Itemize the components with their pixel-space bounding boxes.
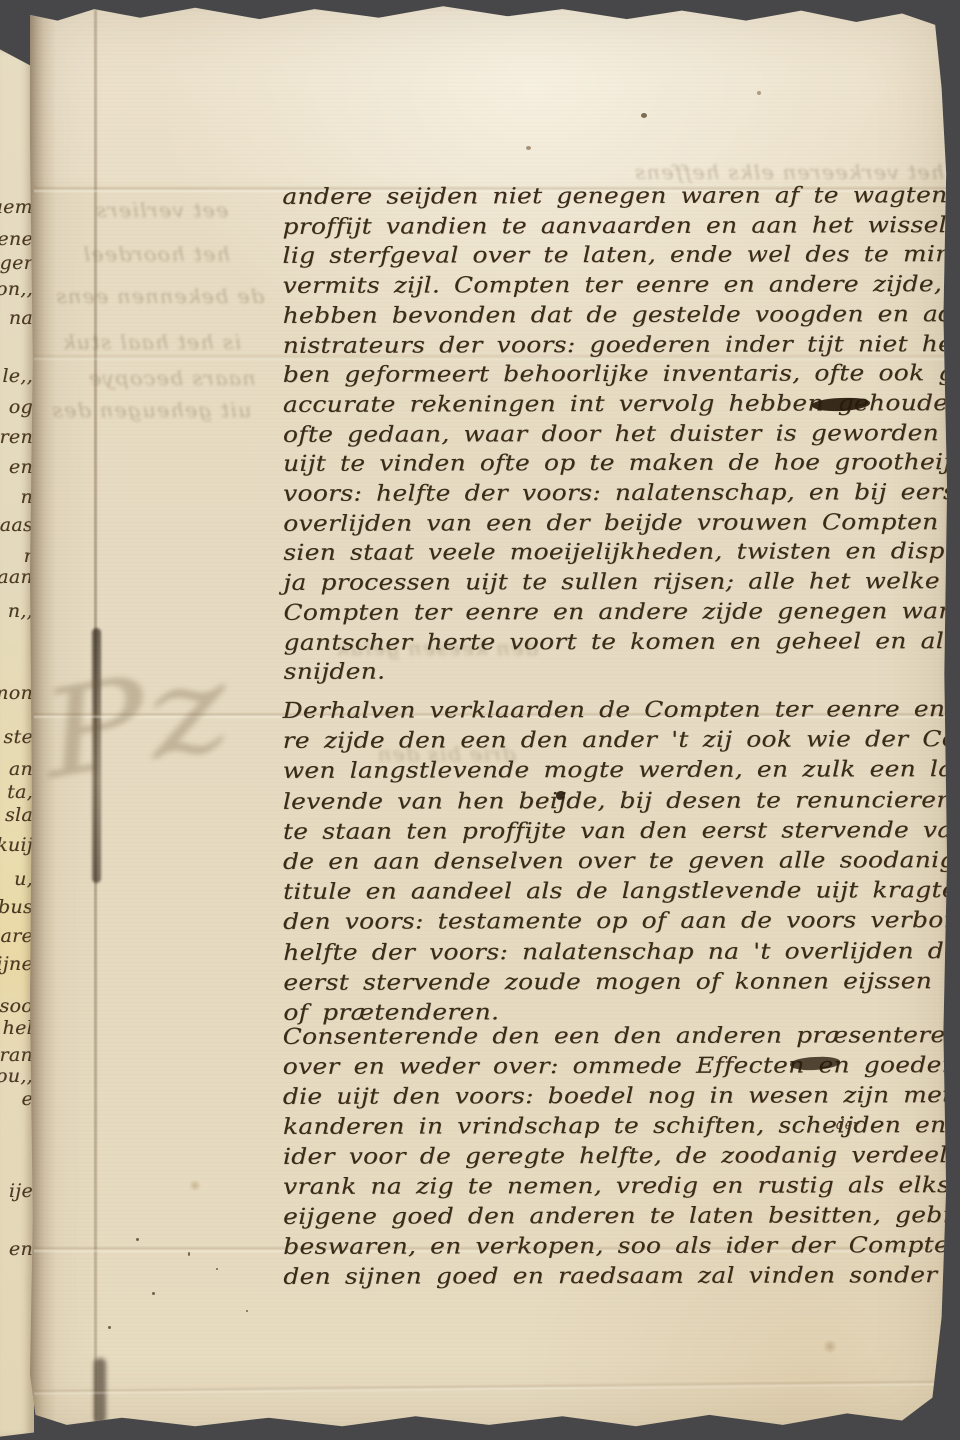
handwritten-line: te staan ten proffijte van den eerst ste… (283, 816, 960, 848)
ink-speck (136, 1238, 139, 1241)
bleedthrough-text: de bekennen eens (55, 284, 264, 308)
handwritten-line: nistrateurs der voors: goederen inder ti… (283, 329, 960, 361)
handwritten-line: overlijden van een der beijde vrouwen Co… (283, 508, 960, 540)
wrinkle-bottom (34, 1379, 946, 1396)
facing-page-fragment: cobus (0, 896, 33, 918)
paper-spot (757, 91, 761, 95)
facing-page-fragment: na (9, 307, 33, 329)
facing-page-fragment: ren (0, 426, 33, 448)
facing-page-fragment: sijne (0, 953, 33, 975)
paragraph-3: Consenterende den een den anderen præsen… (283, 1021, 944, 1293)
handwritten-line: de en aan denselven over te geven alle s… (283, 846, 960, 878)
facing-page-fragment: u, (14, 868, 33, 890)
handwritten-line: den sijnen goed en raedsaam zal vinden s… (283, 1261, 960, 1293)
handwritten-line: helfte der voors: nalatenschap na 't ove… (283, 937, 960, 969)
interlinear-correction: der (836, 1118, 859, 1133)
handwritten-line: beswaren, en verkopen, soo als ider der … (283, 1231, 960, 1263)
facing-page-fragment: n,, (8, 600, 33, 622)
bleedthrough-flourish: Pz (32, 637, 240, 806)
handwritten-line: lig sterfgeval over te laten, ende wel d… (282, 240, 960, 272)
handwritten-line: titule en aandeel als de langstlevende u… (283, 876, 960, 908)
bleedthrough-text: eet verliers (95, 198, 229, 222)
facing-page-fragment: ta, (7, 781, 33, 803)
handwritten-line: ben geformeert behoorlijke inventaris, o… (283, 359, 960, 391)
handwritten-line: snijden. (284, 656, 960, 688)
handwritten-line: ider voor de geregte helfte, de zoodanig… (283, 1141, 960, 1173)
facing-page-edge: aemenegeron,,nale,,ogrenennaasraann,,mon… (0, 48, 34, 1438)
handwritten-line: vermits zijl. Compten ter eenre en ander… (283, 270, 960, 302)
ink-speck (188, 1252, 190, 1256)
facing-page-fragment: on,, (0, 278, 33, 300)
handwritten-line: die uijt den voors: boedel nog in wesen … (283, 1081, 960, 1113)
handwritten-line: uijt te vinden ofte op te maken de hoe g… (283, 448, 960, 480)
facing-page-fragment: aas (0, 514, 33, 536)
handwritten-line: sien staat veele moeijelijkheden, twiste… (283, 537, 960, 569)
handwritten-line: ja processen uijt te sullen rijsen; alle… (283, 567, 960, 599)
handwritten-line: ofte gedaan, waar door het duister is ge… (283, 419, 960, 451)
facing-page-fragment: og (9, 396, 33, 418)
handwritten-line: wen langstlevende mogte werden, en zulk … (283, 755, 960, 787)
handwritten-line: over en weder over: ommede Effecten en g… (283, 1051, 960, 1083)
bleedthrough-text: het hoordeel (82, 242, 230, 266)
facing-page-fragment: ger (0, 252, 33, 274)
facing-page-fragment: ste (3, 726, 33, 748)
bleedthrough-text: naars becopye (88, 366, 256, 390)
paper-spot (526, 146, 531, 150)
facing-page-fragment: aan (0, 566, 33, 588)
paper-stain-mid-left (188, 1180, 202, 1191)
facing-page-fragment: rou,, (0, 1065, 33, 1087)
facing-page-fragment: t soo (0, 995, 33, 1017)
facing-page-fragment: en (9, 456, 33, 478)
handwritten-line: eerst stervende zoude mogen of konnen ei… (283, 967, 960, 999)
facing-page-fragment: aem (0, 196, 33, 218)
handwritten-line: den voors: testamente op of aan de voors… (283, 906, 960, 938)
handwritten-line: vrank na zig te nemen, vredig en rustig … (283, 1171, 960, 1203)
facing-page-fragment: mon (0, 682, 33, 704)
facing-page-fragment: ije (9, 1180, 33, 1202)
ink-speck (108, 1326, 111, 1329)
facing-page-fragment: en (9, 1238, 33, 1260)
handwritten-line: hebben bevonden dat de gestelde voogden … (283, 300, 960, 332)
handwritten-line: Derhalven verklaarden de Compten ter een… (283, 695, 960, 727)
handwritten-line: Compten ter eenre en andere zijde genege… (283, 597, 960, 629)
handwritten-line: levende van hen beijde, bij desen te ren… (283, 786, 960, 818)
manuscript-page: het verkeeren elks heffenseet verliershe… (30, 2, 948, 1432)
handwritten-line: andere seijden niet genegen waren af te … (282, 181, 960, 213)
facing-page-fragment: kuij (0, 834, 33, 856)
facing-page-fragment: sla (5, 804, 33, 826)
bleedthrough-text: is het haal stuk (62, 330, 241, 354)
bleedthrough-text: uit geheugen des (51, 398, 251, 422)
facing-page-fragment: jare (0, 925, 33, 947)
facing-page-fragment: an (9, 758, 33, 780)
ink-speck (246, 1310, 248, 1312)
paper-stain-bottom-right (822, 1340, 838, 1353)
handwritten-line: re zijde den een den ander 't zij ook wi… (283, 725, 960, 757)
ink-speck (216, 1268, 218, 1270)
paragraph-1: andere seijden niet genegen waren af te … (282, 181, 943, 688)
facing-page-fragment: hel (3, 1017, 33, 1039)
paragraph-2: Derhalven verklaarden de Compten ter een… (283, 695, 944, 1029)
handwritten-line: voors: helfte der voors: nalatenschap, e… (283, 478, 960, 510)
facing-page-text-column: aemenegeron,,nale,,ogrenennaasraann,,mon… (0, 0, 34, 1440)
manuscript-scan: aemenegeron,,nale,,ogrenennaasraann,,mon… (0, 0, 960, 1440)
handwritten-line: eijgene goed den anderen te laten besitt… (283, 1201, 960, 1233)
facing-page-fragment: le,, (2, 365, 33, 387)
paper-spot (641, 113, 647, 118)
facing-page-fragment: ene (0, 228, 33, 250)
handwritten-line: Consenterende den een den anderen præsen… (283, 1021, 960, 1053)
handwritten-line: gantscher herte voort te komen en geheel… (284, 626, 960, 658)
ink-speck (152, 1292, 155, 1295)
facing-page-fragment: ran (0, 1044, 33, 1066)
handwritten-line: proffijt vandien te aanvaarden en aan he… (282, 211, 960, 243)
